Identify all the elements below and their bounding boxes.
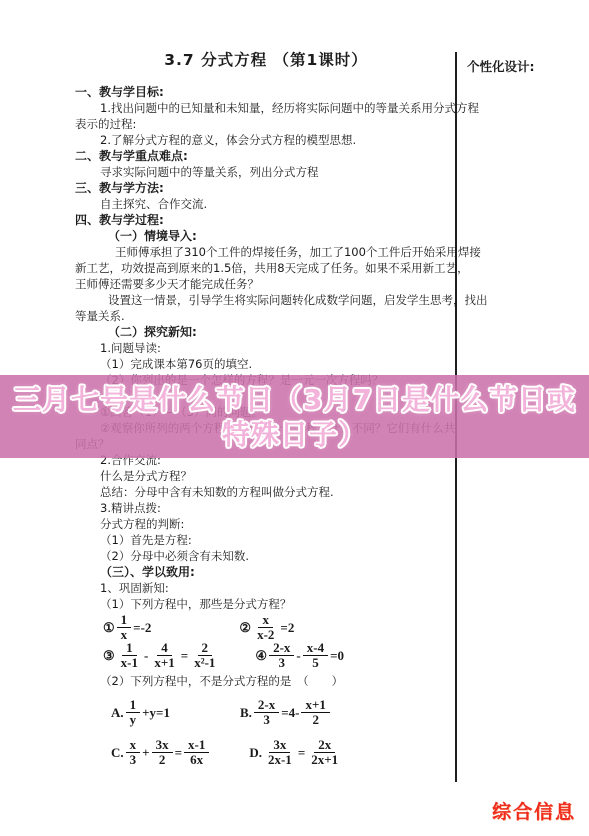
equation-text: + [142, 745, 149, 761]
fraction: 3x2 [152, 738, 173, 767]
body-line: 王师傅承担了310个工件的焊接任务，加工了100个工件后开始采用焊接 [75, 244, 465, 260]
body-line: 二、教与学重点难点: [75, 148, 465, 164]
equation-row: ①1x=-2②xx-2=2 [102, 613, 295, 642]
body-line: 一、教与学目标: [75, 84, 465, 100]
equation-text: =0 [330, 648, 344, 664]
equation: ④2-x3-x-45=0 [254, 641, 345, 670]
source-watermark: 综合信息 [492, 797, 576, 824]
body-line: （1）完成课本第76页的填空. [75, 356, 465, 372]
equation-text: = [298, 745, 305, 761]
equation: ①1x=-2 [102, 613, 152, 642]
equation: ③1x-1-4x+1=2x²-1 [102, 641, 220, 670]
page-title: 3.7 分式方程 （第1课时） [75, 48, 457, 70]
fraction: xx-2 [253, 613, 278, 642]
equation-text: =4- [281, 705, 299, 721]
equation-text: B. [240, 705, 252, 721]
fraction: x3 [126, 738, 141, 767]
equation-row: ③1x-1-4x+1=2x²-1④2-x3-x-45=0 [102, 641, 345, 670]
side-column-label: 个性化设计: [467, 57, 535, 75]
body-line: （1）下列方程中，那些是分式方程？ [75, 596, 465, 612]
body-line: 什么是分式方程？ [75, 468, 465, 484]
equation-text: - [144, 648, 148, 664]
body-line: （一）情境导入: [75, 228, 465, 244]
body-line: 分式方程的判断: [75, 516, 465, 532]
equation: C.x3+3x2=x-16x [110, 738, 210, 767]
body-line: 寻求实际问题中的等量关系，列出分式方程 [75, 164, 465, 180]
body-line: 等量关系. [75, 308, 465, 324]
fraction: x-16x [184, 738, 209, 767]
fraction: 4x+1 [150, 641, 178, 670]
fraction: 2x2x+1 [307, 738, 342, 767]
body-line: 总结：分母中含有未知数的方程叫做分式方程. [75, 484, 465, 500]
lesson-body: 一、教与学目标:1.找出问题中的已知量和未知量，经历将实际问题中的等量关系用分式… [75, 84, 465, 612]
banner-title-line2: 特殊日子） [222, 417, 367, 452]
fraction: 1y [126, 698, 141, 727]
equation-text: = [175, 745, 182, 761]
equation-text: A. [111, 705, 124, 721]
fraction: 2x²-1 [190, 641, 219, 670]
body-line: （1）首先是方程: [75, 532, 465, 548]
body-line: 设置这一情景，引导学生将实际问题转化成数学问题，启发学生思考，找出 [75, 292, 465, 308]
fraction: x-45 [303, 641, 328, 670]
fraction: 1x [117, 613, 132, 642]
body-line: 1.问题导读: [75, 340, 465, 356]
equation-text: =-2 [133, 620, 151, 636]
equation: ②xx-2=2 [238, 613, 295, 642]
fraction: 1x-1 [117, 641, 142, 670]
equation-text: C. [111, 745, 124, 761]
body-line: 1.找出问题中的已知量和未知量，经历将实际问题中的等量关系用分式方程 [75, 100, 465, 116]
body-line: 王师傅还需要多少天才能完成任务？ [75, 276, 465, 292]
fraction: 3x2x-1 [264, 738, 296, 767]
fraction: 2-x3 [254, 698, 279, 727]
equation-row: C.x3+3x2=x-16xD.3x2x-1=2x2x+1 [110, 738, 343, 767]
equation: B.2-x3=4-x+12 [239, 698, 331, 727]
equation-text: = [181, 648, 188, 664]
banner-title-line1: 三月七号是什么节日（3月7日是什么节日或 [13, 382, 576, 417]
equation-text: ③ [103, 648, 115, 664]
equation-row: A.1y+y=1B.2-x3=4-x+12 [110, 698, 331, 727]
body-line: （2）分母中必须含有未知数. [75, 548, 465, 564]
equation-text: ① [103, 620, 115, 636]
body-line: 新工艺，功效提高到原来的1.5倍，共用8天完成了任务。如果不采用新工艺， [75, 260, 465, 276]
body-line: 四、教与学过程: [75, 212, 465, 228]
equation: D.3x2x-1=2x2x+1 [248, 738, 343, 767]
question-2-label: （2）下列方程中，不是分式方程的是 （ ） [100, 673, 343, 689]
equation-text: - [296, 648, 300, 664]
fraction: x+12 [301, 698, 329, 727]
body-line: 自主探究、合作交流. [75, 196, 465, 212]
document-page: 3.7 分式方程 （第1课时） 个性化设计: 一、教与学目标:1.找出问题中的已… [0, 0, 589, 836]
body-line: 2.了解分式方程的意义，体会分式方程的模型思想. [75, 132, 465, 148]
overlay-banner: 三月七号是什么节日（3月7日是什么节日或 特殊日子） [0, 375, 589, 458]
body-line: （二）探究新知: [75, 324, 465, 340]
body-line: （三）、学以致用: [75, 564, 465, 580]
equation: A.1y+y=1 [110, 698, 171, 727]
equation-text: ② [239, 620, 251, 636]
fraction: 2-x3 [269, 641, 294, 670]
equation-text: +y=1 [142, 705, 170, 721]
body-line: 1、巩固新知: [75, 580, 465, 596]
equation-text: ④ [255, 648, 267, 664]
equation-text: D. [249, 745, 262, 761]
equation-text: =2 [280, 620, 294, 636]
body-line: 表示的过程: [75, 116, 465, 132]
body-line: 三、教与学方法: [75, 180, 465, 196]
body-line: 3.精讲点拨: [75, 500, 465, 516]
